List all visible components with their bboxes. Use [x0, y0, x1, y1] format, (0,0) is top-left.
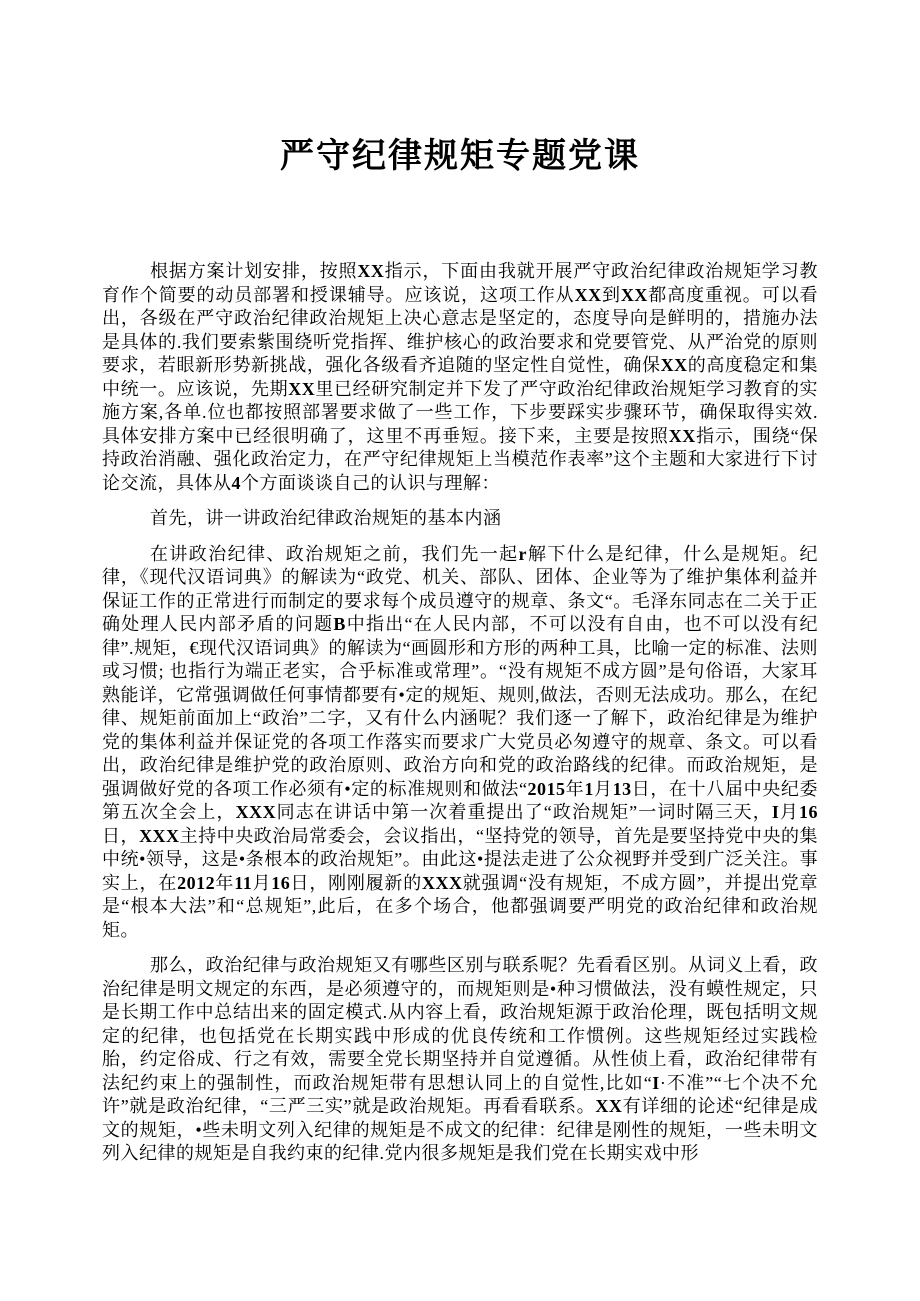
- text-run-bold: B: [333, 614, 346, 634]
- text-run-bold: 2015: [528, 779, 566, 799]
- text-run: 年: [566, 779, 585, 799]
- text-run: 首先，讲一讲政治纪律政治规矩的基本内涵: [150, 508, 502, 528]
- document-body: 根据方案计划安排，按照XX指示，下面由我就开展严守政治纪律政治规矩学习教育作个简…: [102, 260, 818, 1166]
- text-run: 日，: [102, 826, 139, 846]
- text-run: 同志在讲话中第一次着重提出了“政治规矩”一词时隔三天，: [276, 802, 772, 822]
- text-run-bold: 11: [234, 873, 252, 893]
- text-run: 中指出“在人民内部，不可以没有自由，也不可以没有纪律”.规矩，€现代汉语词典》的…: [102, 614, 818, 799]
- text-run-bold: XX: [621, 285, 648, 305]
- paragraph-basic-connotation: 在讲政治纪律、政治规矩之前，我们先一起r解下什么是纪律，什么是规矩。纪律，《现代…: [102, 543, 818, 943]
- text-run: 月: [252, 873, 271, 893]
- text-run-bold: 4: [232, 473, 242, 493]
- paragraph-distinction-connection: 那么，政治纪律与政治规矩又有哪些区别与联系呢？先看看区别。从词义上看，政治纪律是…: [102, 954, 818, 1166]
- text-run-bold: XXX: [139, 826, 180, 846]
- text-run: 个方面谈谈自己的认识与理解：: [241, 473, 500, 493]
- text-run-bold: XX: [669, 426, 696, 446]
- paragraph-section-heading: 首先，讲一讲政治纪律政治规矩的基本内涵: [102, 507, 818, 531]
- text-run-bold: XX: [575, 285, 602, 305]
- text-run: 日，刚刚履新的: [290, 873, 422, 893]
- text-run-bold: 16: [799, 802, 818, 822]
- text-run-bold: XXX: [236, 802, 277, 822]
- document-title: 严守纪律规矩专题党课: [102, 136, 818, 176]
- text-run: 月: [594, 779, 613, 799]
- text-run-bold: r: [519, 544, 528, 564]
- text-run-bold: XX: [288, 379, 315, 399]
- text-run-bold: 16: [271, 873, 290, 893]
- text-run: 到: [602, 285, 621, 305]
- text-run-bold: 13: [613, 779, 632, 799]
- text-run-bold: 1: [584, 779, 594, 799]
- paragraph-intro: 根据方案计划安排，按照XX指示，下面由我就开展严守政治纪律政治规矩学习教育作个简…: [102, 260, 818, 495]
- document-page: 严守纪律规矩专题党课 根据方案计划安排，按照XX指示，下面由我就开展严守政治纪律…: [0, 0, 920, 1301]
- text-run-bold: 2012: [177, 873, 215, 893]
- text-run-bold: XXX: [422, 873, 463, 893]
- text-run: 在讲政治纪律、政治规矩之前，我们先一起: [150, 544, 519, 564]
- text-run: 根据方案计划安排，按照: [150, 261, 357, 281]
- text-run-bold: XX: [357, 261, 384, 281]
- text-run: 月: [779, 802, 799, 822]
- text-run-bold: I: [652, 1073, 660, 1093]
- text-run-bold: XX: [595, 1096, 622, 1116]
- text-run-bold: XX: [661, 355, 688, 375]
- text-run: 年: [215, 873, 234, 893]
